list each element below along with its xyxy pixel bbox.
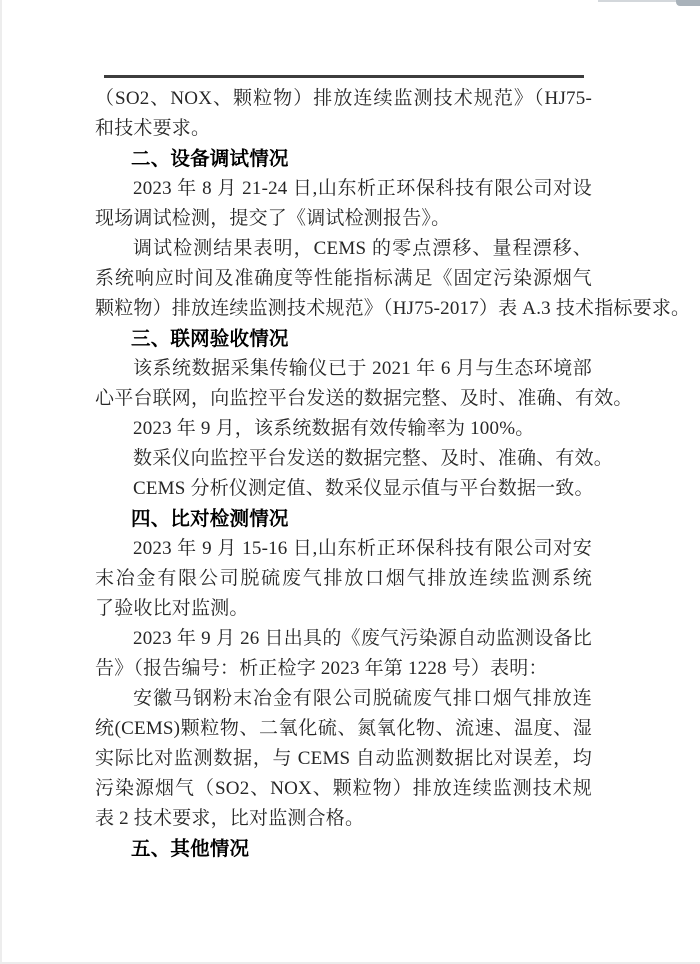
text-line: 和技术要求。 bbox=[95, 114, 592, 144]
text-line: 2023 年 9 月 15-16 日,山东析正环保科技有限公司对安徽马钢粉 bbox=[95, 534, 592, 564]
text-line: （SO2、NOX、颗粒物）排放连续监测技术规范》（HJ75-2017）标准 bbox=[95, 84, 592, 114]
text-line: CEMS 分析仪测定值、数采仪显示值与平台数据一致。 bbox=[95, 474, 592, 504]
text-line: 告》（报告编号：析正检字 2023 年第 1228 号）表明： bbox=[95, 654, 592, 684]
text-line: 现场调试检测，提交了《调试检测报告》。 bbox=[95, 204, 592, 234]
scan-edge-left bbox=[0, 0, 2, 964]
text-line: 系统响应时间及准确度等性能指标满足《固定污染源烟气（SO2、NOX、 bbox=[95, 264, 592, 294]
scan-artifact-top-line bbox=[598, 0, 678, 2]
text-line: 了验收比对监测。 bbox=[95, 594, 592, 624]
text-line: 2023 年 9 月 26 日出具的《废气污染源自动监测设备比对监测报 bbox=[95, 624, 592, 654]
scanned-document-page: （SO2、NOX、颗粒物）排放连续监测技术规范》（HJ75-2017）标准和技术… bbox=[0, 0, 700, 964]
text-line: 末冶金有限公司脱硫废气排放口烟气排放连续监测系统(CEMS)进行 bbox=[95, 564, 592, 594]
section-heading: 三、联网验收情况 bbox=[95, 324, 592, 354]
text-line: 污染源烟气（SO2、NOX、颗粒物）排放连续监测技术规范》（HJ75-2017） bbox=[95, 774, 592, 804]
section-heading: 四、比对检测情况 bbox=[95, 504, 592, 534]
text-line: 调试检测结果表明，CEMS 的零点漂移、量程漂移、示值误差、 bbox=[95, 234, 592, 264]
text-line: 该系统数据采集传输仪已于 2021 年 6 月与生态环境部门监控中 bbox=[95, 354, 592, 384]
text-line: 颗粒物）排放连续监测技术规范》（HJ75-2017）表 A.3 技术指标要求。 bbox=[95, 294, 592, 324]
text-line: 心平台联网，向监控平台发送的数据完整、及时、准确、有效。 bbox=[95, 384, 592, 414]
text-line: 实际比对监测数据，与 CEMS 自动监测数据比对误差，均符合《固定 bbox=[95, 744, 592, 774]
text-line: 统(CEMS)颗粒物、二氧化硫、氮氧化物、流速、温度、湿度、含氧量 bbox=[95, 714, 592, 744]
text-line: 2023 年 8 月 21-24 日,山东析正环保科技有限公司对设备进行了 bbox=[95, 174, 592, 204]
section-heading: 五、其他情况 bbox=[95, 834, 592, 864]
text-line: 2023 年 9 月，该系统数据有效传输率为 100%。 bbox=[95, 414, 592, 444]
scan-artifact-corner bbox=[676, 0, 700, 6]
document-body: （SO2、NOX、颗粒物）排放连续监测技术规范》（HJ75-2017）标准和技术… bbox=[95, 84, 592, 864]
text-line: 安徽马钢粉末冶金有限公司脱硫废气排口烟气排放连续监测系 bbox=[95, 684, 592, 714]
section-heading: 二、设备调试情况 bbox=[95, 144, 592, 174]
text-line: 数采仪向监控平台发送的数据完整、及时、准确、有效。 bbox=[95, 444, 592, 474]
text-line: 表 2 技术要求，比对监测合格。 bbox=[95, 804, 592, 834]
header-rule bbox=[104, 75, 584, 78]
